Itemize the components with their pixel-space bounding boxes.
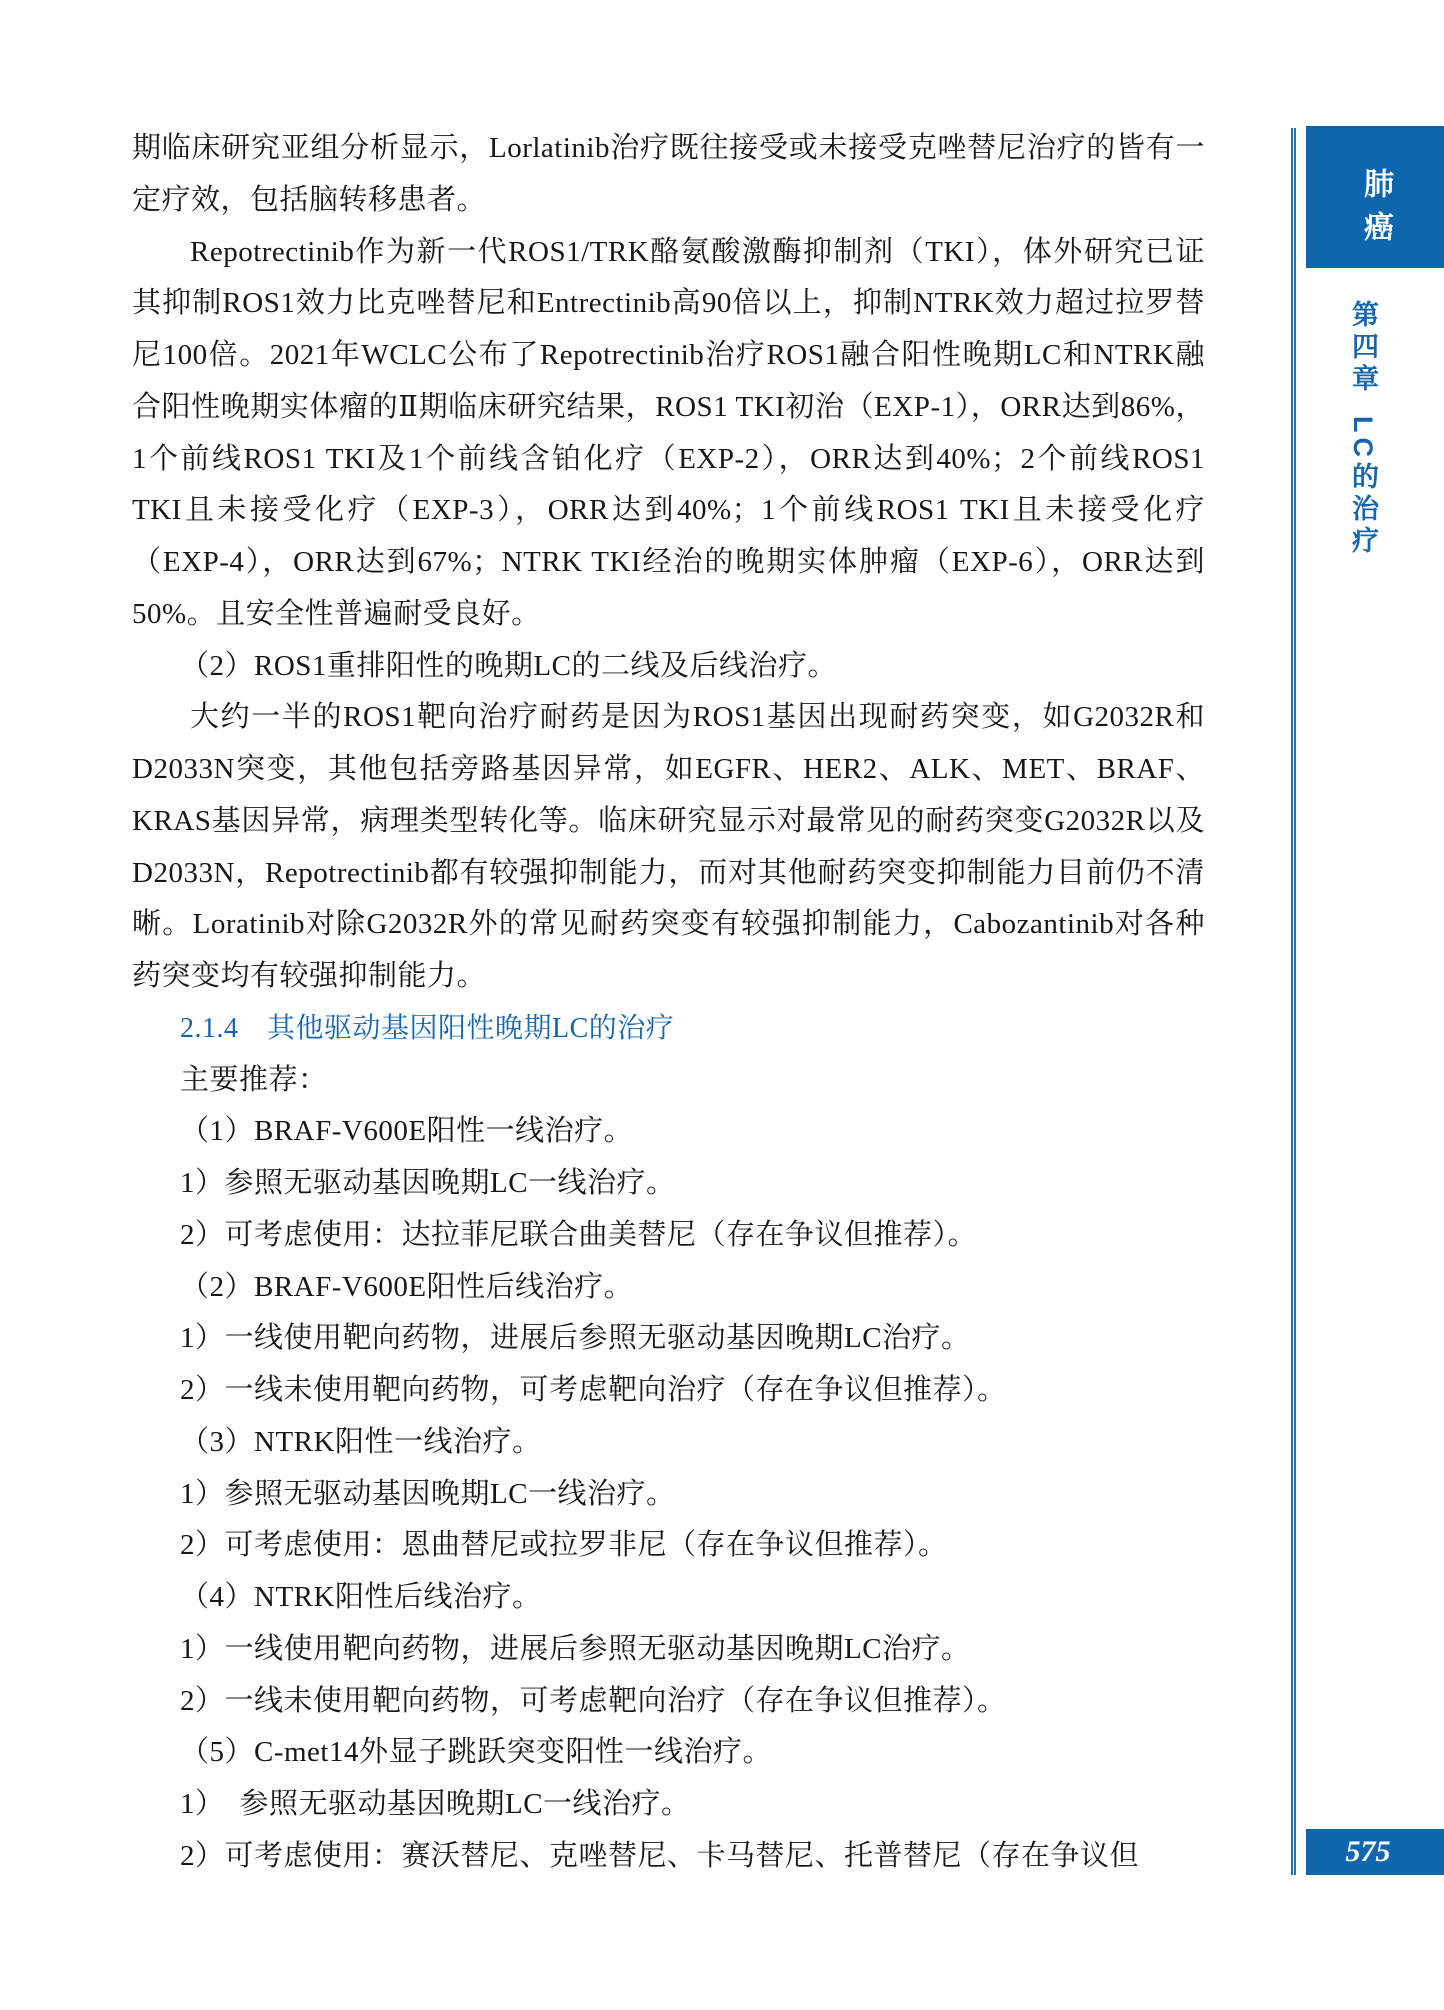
text-line: 1）参照无驱动基因晚期LC一线治疗。 bbox=[132, 1158, 1205, 1210]
page-number-badge: 575 bbox=[1306, 1829, 1444, 1875]
text-line: （1）BRAF-V600E阳性一线治疗。 bbox=[132, 1106, 1205, 1158]
text-line: 其抑制ROS1效力比克唑替尼和Entrectinib高90倍以上，抑制NTRK效… bbox=[132, 278, 1205, 330]
page-number: 575 bbox=[1346, 1835, 1391, 1868]
text-line: 1个前线ROS1 TKI及1个前线含铂化疗（EXP-2），ORR达到40%；2个… bbox=[132, 434, 1205, 486]
text-line: 2）可考虑使用：恩曲替尼或拉罗非尼（存在争议但推荐）。 bbox=[132, 1520, 1205, 1572]
text-line: 期临床研究亚组分析显示，Lorlatinib治疗既往接受或未接受克唑替尼治疗的皆… bbox=[132, 123, 1205, 175]
text-line: 定疗效，包括脑转移患者。 bbox=[132, 175, 1205, 227]
section-heading: 2.1.4 其他驱动基因阳性晚期LC的治疗 bbox=[132, 1003, 1205, 1055]
chapter-name: LC的治疗 bbox=[1348, 416, 1378, 558]
text-line: 1）参照无驱动基因晚期LC一线治疗。 bbox=[132, 1469, 1205, 1521]
text-line: 1）一线使用靶向药物，进展后参照无驱动基因晚期LC治疗。 bbox=[132, 1624, 1205, 1676]
text-line: 尼100倍。2021年WCLC公布了Repotrectinib治疗ROS1融合阳… bbox=[132, 330, 1205, 382]
text-line: KRAS基因异常，病理类型转化等。临床研究显示对最常见的耐药突变G2032R以及 bbox=[132, 796, 1205, 848]
sidebar-chapter-title: 第四章LC的治疗 bbox=[1344, 300, 1383, 600]
text-line: 1） 参照无驱动基因晚期LC一线治疗。 bbox=[132, 1779, 1205, 1831]
text-line: Repotrectinib作为新一代ROS1/TRK酪氨酸激酶抑制剂（TKI），… bbox=[132, 227, 1205, 279]
book-page: 期临床研究亚组分析显示，Lorlatinib治疗既往接受或未接受克唑替尼治疗的皆… bbox=[0, 0, 1444, 2010]
text-line: TKI且未接受化疗（EXP-3），ORR达到40%；1个前线ROS1 TKI且未… bbox=[132, 485, 1205, 537]
text-line: 2）可考虑使用：达拉菲尼联合曲美替尼（存在争议但推荐）。 bbox=[132, 1210, 1205, 1262]
text-line: （2）BRAF-V600E阳性后线治疗。 bbox=[132, 1262, 1205, 1314]
body-text: 期临床研究亚组分析显示，Lorlatinib治疗既往接受或未接受克唑替尼治疗的皆… bbox=[132, 123, 1205, 1883]
text-line: （4）NTRK阳性后线治疗。 bbox=[132, 1572, 1205, 1624]
text-line: 2）一线未使用靶向药物，可考虑靶向治疗（存在争议但推荐）。 bbox=[132, 1676, 1205, 1728]
chapter-number: 第四章 bbox=[1348, 300, 1378, 396]
sidebar-divider-line bbox=[1291, 128, 1296, 1875]
text-line: （5）C-met14外显子跳跃突变阳性一线治疗。 bbox=[132, 1727, 1205, 1779]
text-line: D2033N突变，其他包括旁路基因异常，如EGFR、HER2、ALK、MET、B… bbox=[132, 744, 1205, 796]
text-line: 50%。且安全性普遍耐受良好。 bbox=[132, 589, 1205, 641]
text-line: 1）一线使用靶向药物，进展后参照无驱动基因晚期LC治疗。 bbox=[132, 1313, 1205, 1365]
text-line: （3）NTRK阳性一线治疗。 bbox=[132, 1417, 1205, 1469]
text-line: （2）ROS1重排阳性的晚期LC的二线及后线治疗。 bbox=[132, 641, 1205, 693]
text-line: 2）一线未使用靶向药物，可考虑靶向治疗（存在争议但推荐）。 bbox=[132, 1365, 1205, 1417]
text-line: 晰。Loratinib对除G2032R外的常见耐药突变有较强抑制能力，Caboz… bbox=[132, 899, 1205, 951]
sidebar-tab-lung-cancer: 肺癌 bbox=[1306, 126, 1444, 268]
text-line: D2033N，Repotrectinib都有较强抑制能力，而对其他耐药突变抑制能… bbox=[132, 848, 1205, 900]
text-line: 合阳性晚期实体瘤的Ⅱ期临床研究结果，ROS1 TKI初治（EXP-1），ORR达… bbox=[132, 382, 1205, 434]
text-line: 大约一半的ROS1靶向治疗耐药是因为ROS1基因出现耐药突变，如G2032R和 bbox=[132, 692, 1205, 744]
text-line: 主要推荐： bbox=[132, 1055, 1205, 1107]
text-line: （EXP-4），ORR达到67%；NTRK TKI经治的晚期实体肿瘤（EXP-6… bbox=[132, 537, 1205, 589]
sidebar-tab-label: 肺癌 bbox=[1353, 168, 1397, 268]
text-line: 药突变均有较强抑制能力。 bbox=[132, 951, 1205, 1003]
text-line: 2）可考虑使用：赛沃替尼、克唑替尼、卡马替尼、托普替尼（存在争议但 bbox=[132, 1831, 1205, 1883]
